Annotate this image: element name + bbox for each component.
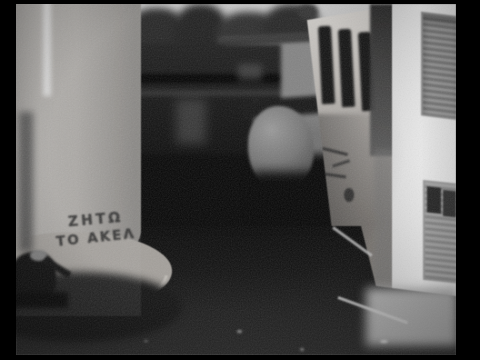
photograph: ΖΗΤΩ ΤΟ ΑΚΕΛ bbox=[16, 4, 456, 355]
letterbox-left bbox=[0, 0, 16, 360]
letterbox-right bbox=[456, 0, 480, 360]
film-grain-overlay bbox=[16, 4, 456, 355]
film-still-frame: ΖΗΤΩ ΤΟ ΑΚΕΛ bbox=[0, 0, 480, 360]
letterbox-bottom bbox=[0, 355, 480, 360]
